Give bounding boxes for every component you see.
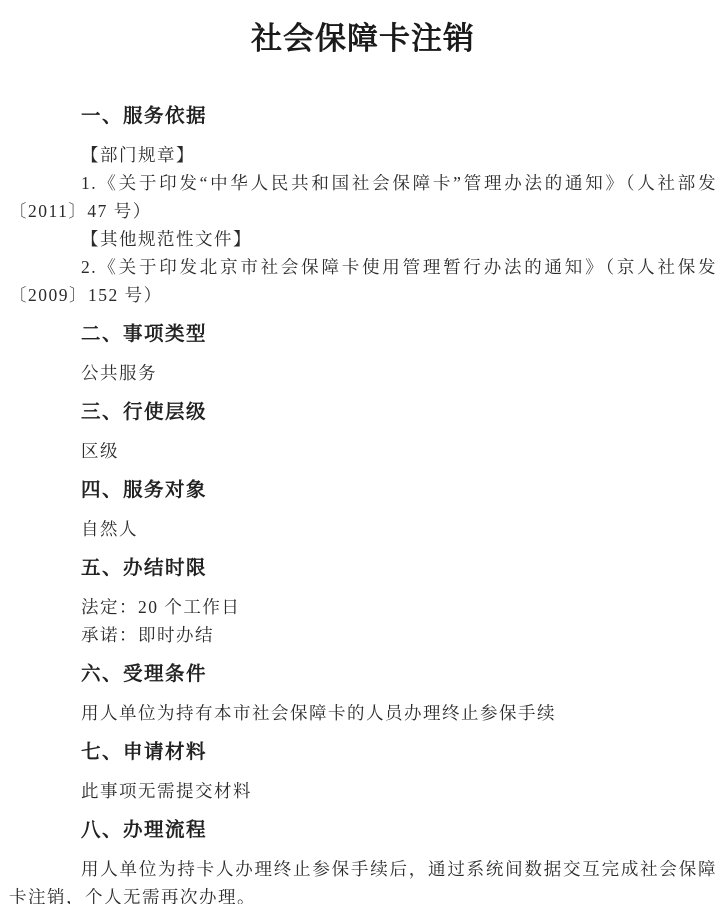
document-page: 社会保障卡注销 一、服务依据 【部门规章】1.《关于印发“中华人民共和国社会保障…: [0, 0, 726, 904]
paragraph: 2.《关于印发北京市社会保障卡使用管理暂行办法的通知》（京人社保发〔2009〕1…: [9, 253, 717, 309]
paragraph: 【部门规章】: [9, 141, 717, 169]
paragraph: 用人单位为持有本市社会保障卡的人员办理终止参保手续: [9, 699, 717, 727]
section-body: 公共服务: [9, 359, 717, 387]
section-body: 【部门规章】1.《关于印发“中华人民共和国社会保障卡”管理办法的通知》（人社部发…: [9, 141, 717, 309]
document-section: 五、办结时限 法定：20 个工作日承诺：即时办结: [9, 554, 717, 649]
paragraph: 承诺：即时办结: [9, 621, 717, 649]
paragraph: 法定：20 个工作日: [9, 593, 717, 621]
document-section: 七、申请材料 此事项无需提交材料: [9, 738, 717, 805]
section-body: 法定：20 个工作日承诺：即时办结: [9, 593, 717, 649]
document-section: 一、服务依据 【部门规章】1.《关于印发“中华人民共和国社会保障卡”管理办法的通…: [9, 102, 717, 309]
section-body: 用人单位为持卡人办理终止参保手续后，通过系统间数据交互完成社会保障卡注销，个人无…: [9, 855, 717, 904]
document-section: 八、办理流程 用人单位为持卡人办理终止参保手续后，通过系统间数据交互完成社会保障…: [9, 816, 717, 904]
section-body: 此事项无需提交材料: [9, 777, 717, 805]
section-heading: 一、服务依据: [9, 102, 717, 130]
page-title: 社会保障卡注销: [9, 16, 717, 62]
section-heading: 八、办理流程: [9, 816, 717, 844]
section-heading: 四、服务对象: [9, 476, 717, 504]
document-section: 四、服务对象 自然人: [9, 476, 717, 543]
paragraph: 公共服务: [9, 359, 717, 387]
document-section: 六、受理条件 用人单位为持有本市社会保障卡的人员办理终止参保手续: [9, 660, 717, 727]
paragraph: 自然人: [9, 515, 717, 543]
document-section: 二、事项类型 公共服务: [9, 320, 717, 387]
section-heading: 五、办结时限: [9, 554, 717, 582]
section-body: 用人单位为持有本市社会保障卡的人员办理终止参保手续: [9, 699, 717, 727]
section-heading: 三、行使层级: [9, 398, 717, 426]
section-body: 区级: [9, 437, 717, 465]
paragraph: 1.《关于印发“中华人民共和国社会保障卡”管理办法的通知》（人社部发〔2011〕…: [9, 169, 717, 225]
section-heading: 六、受理条件: [9, 660, 717, 688]
paragraph: 区级: [9, 437, 717, 465]
paragraph: 用人单位为持卡人办理终止参保手续后，通过系统间数据交互完成社会保障卡注销，个人无…: [9, 855, 717, 904]
paragraph: 此事项无需提交材料: [9, 777, 717, 805]
document-section: 三、行使层级 区级: [9, 398, 717, 465]
section-heading: 二、事项类型: [9, 320, 717, 348]
section-body: 自然人: [9, 515, 717, 543]
paragraph: 【其他规范性文件】: [9, 225, 717, 253]
document-sections: 一、服务依据 【部门规章】1.《关于印发“中华人民共和国社会保障卡”管理办法的通…: [9, 102, 717, 904]
section-heading: 七、申请材料: [9, 738, 717, 766]
